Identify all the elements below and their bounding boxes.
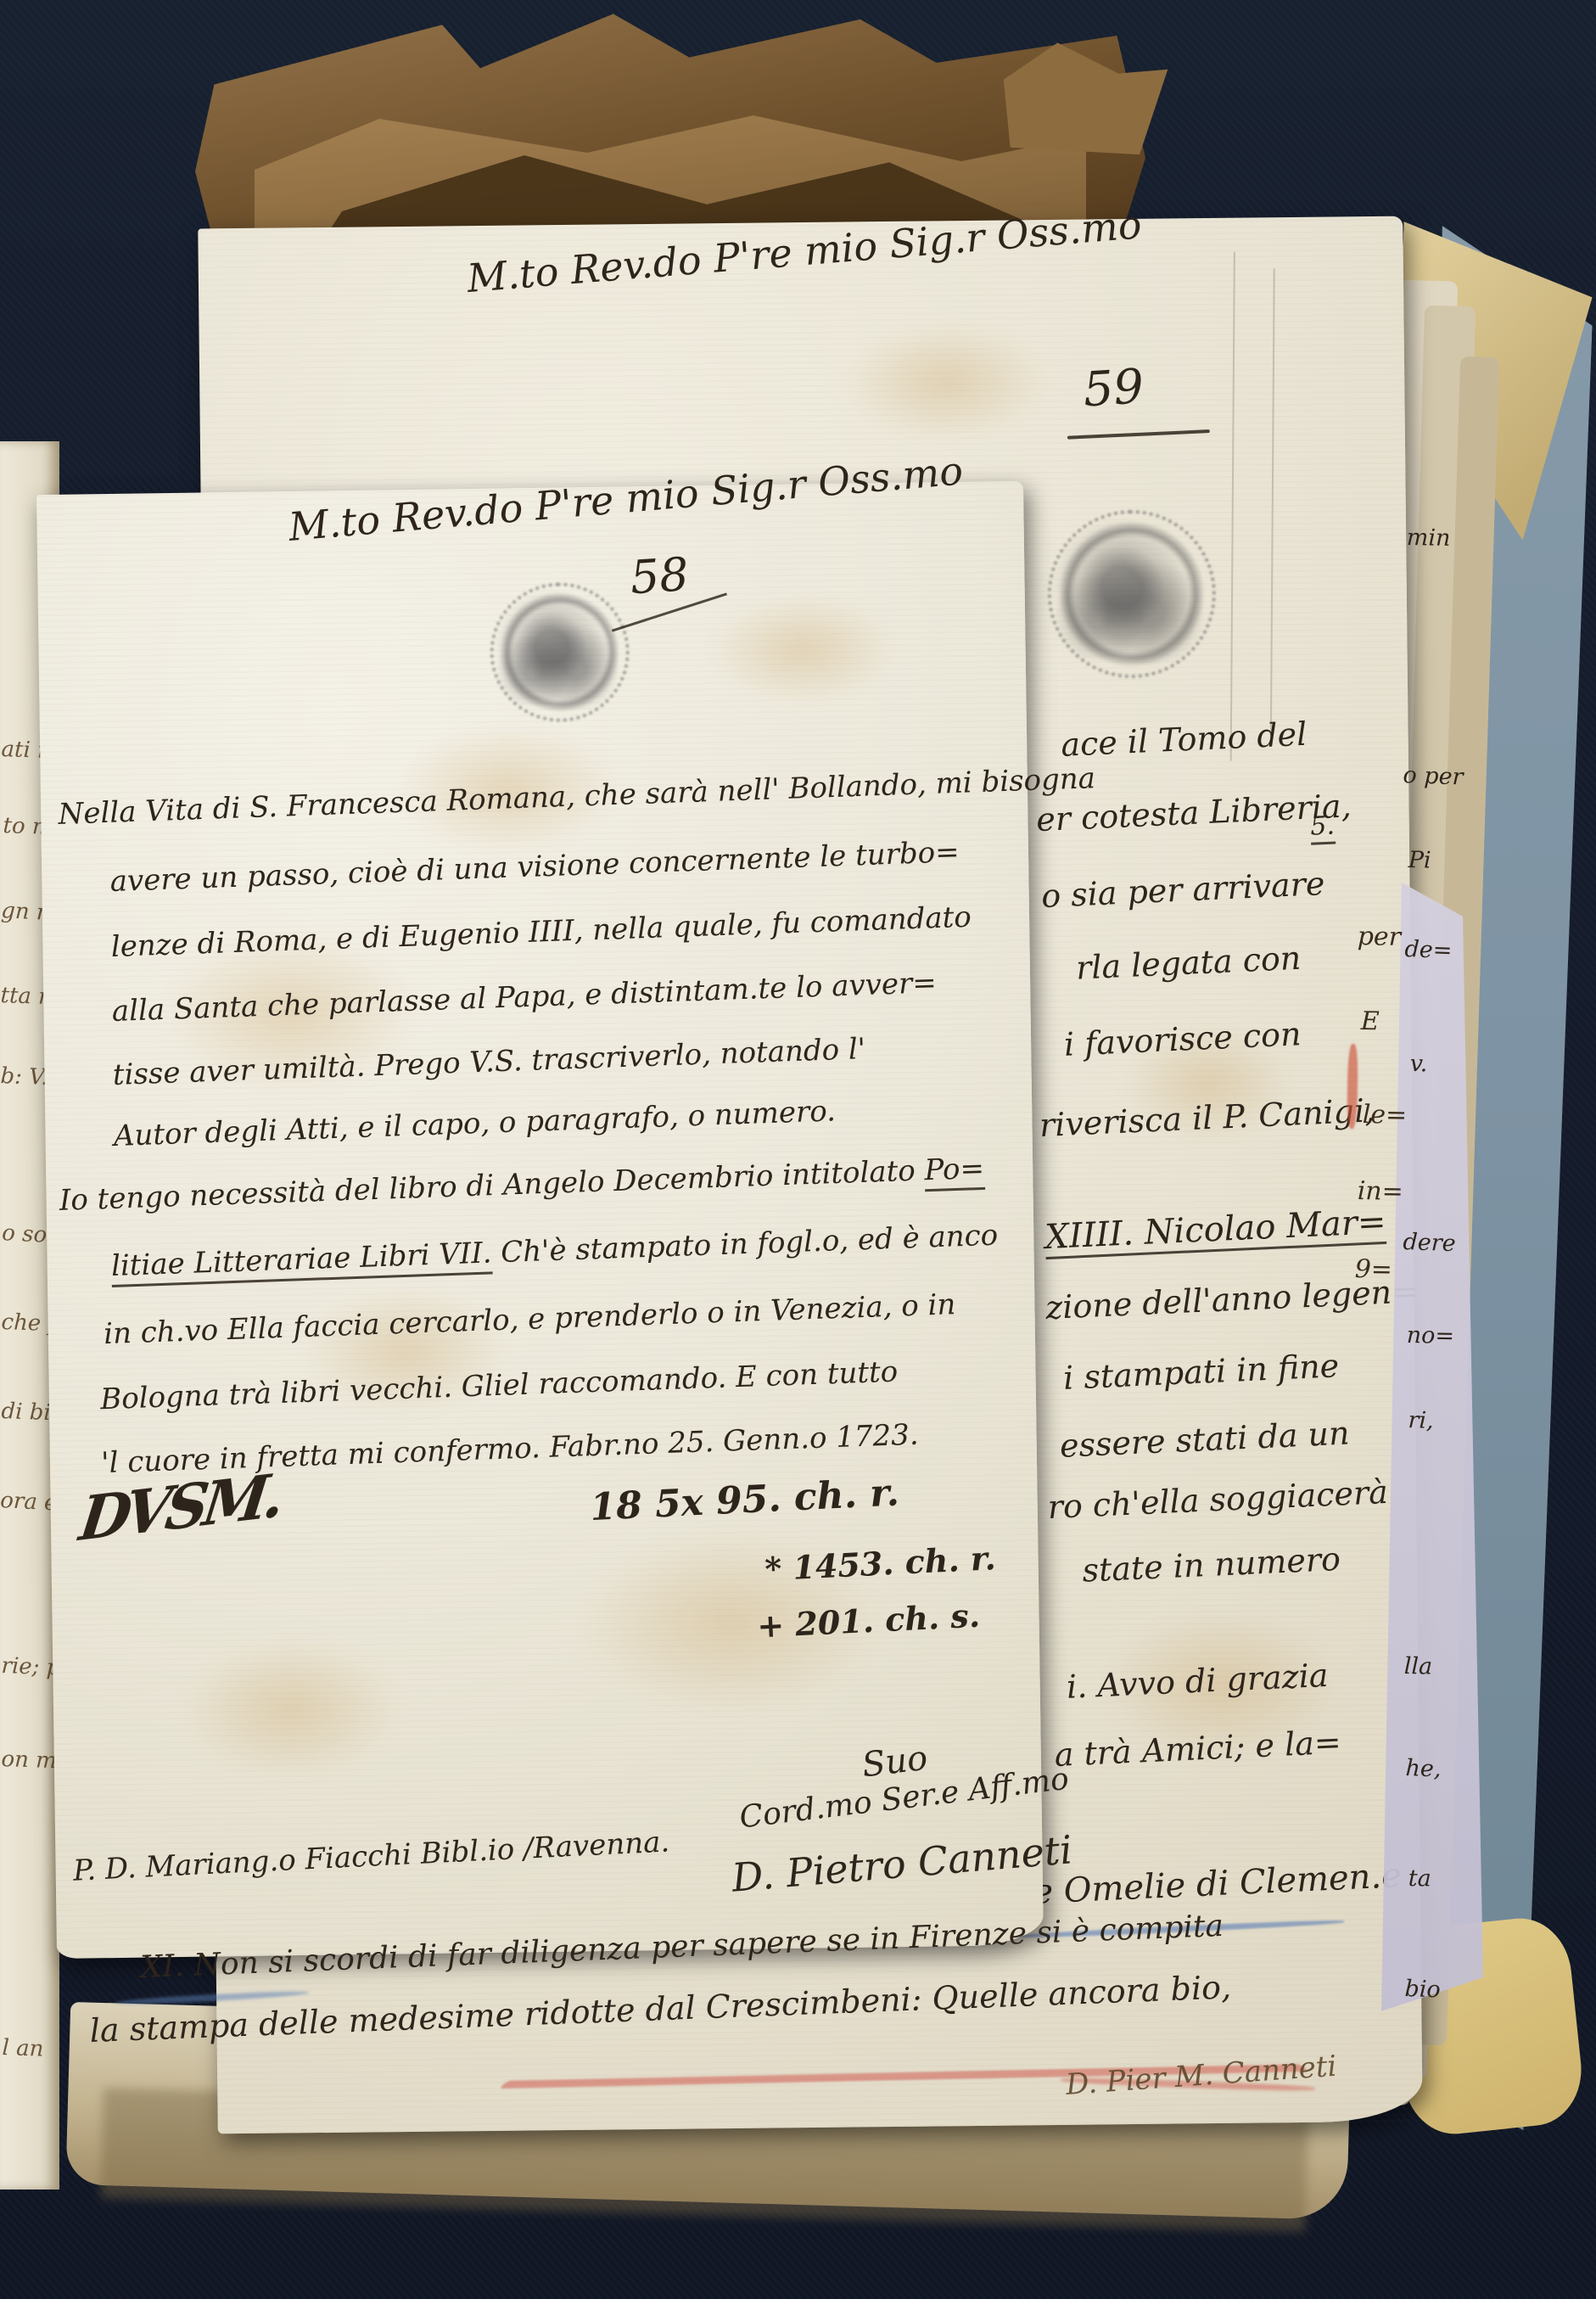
handwriting-fragment: rla legata con	[1075, 942, 1302, 986]
closing-line: Suo	[860, 1741, 930, 1784]
handwriting-fragment: le=	[1362, 1102, 1407, 1129]
handwriting-fragment: XIIII. Nicolao Mar=	[1044, 1204, 1387, 1259]
handwriting-fragment: v.	[1410, 1052, 1428, 1077]
page-number: 59	[1082, 362, 1145, 416]
handwriting-fragment: min	[1407, 526, 1451, 551]
handwriting-fragment: i stampati in fine	[1062, 1349, 1340, 1396]
handwriting-fragment: ace il Tomo del	[1061, 718, 1308, 763]
page-number: 58	[629, 551, 690, 603]
crease-line	[1270, 268, 1275, 743]
shelf-number-line: 18 5x 95. ch. r.	[589, 1473, 899, 1528]
underlined-catchword: Po=	[924, 1152, 985, 1192]
handwriting-fragment: l an	[2, 2037, 44, 2061]
marginal-number: 5.	[1310, 813, 1336, 845]
signature-line: D. Pietro Canneti	[731, 1829, 1074, 1898]
handwriting-fragment: a trà Amici; e la=	[1054, 1726, 1342, 1773]
letter-body-line: Autor degli Atti, e il capo, o paragrafo…	[113, 1096, 836, 1152]
handwriting-fragment: he,	[1405, 1757, 1442, 1782]
handwriting-fragment: no=	[1407, 1324, 1455, 1349]
crease-line	[1230, 252, 1235, 761]
handwriting-fragment: rie; p	[1, 1655, 59, 1680]
handwriting-fragment: 9=	[1354, 1256, 1392, 1283]
handwriting-fragment: bio	[1404, 1977, 1441, 2003]
handwriting-fragment: ta	[1408, 1867, 1431, 1892]
handwriting-fragment: per	[1357, 923, 1401, 950]
handwriting-fragment: on mi	[1, 1748, 59, 1774]
handwriting-fragment: E	[1360, 1008, 1379, 1035]
library-stamp	[1047, 509, 1217, 679]
archive-photo: ati nelle to mas gn m tta man b: V.S. si…	[0, 0, 1596, 2299]
letter-body-text: Io tengo necessità del libro di Angelo D…	[59, 1153, 925, 1218]
letter-body-line: litiae Litterariae Libri VII. Ch'è stamp…	[110, 1221, 998, 1282]
shelf-number-line: * 1453. ch. r.	[764, 1541, 996, 1586]
page-number-underline	[1067, 429, 1210, 440]
handwriting-fragment: riverisca il P. Canigi,	[1039, 1094, 1375, 1143]
handwriting-fragment: o per	[1403, 764, 1464, 790]
handwriting-fragment: er cotesta Libreria,	[1035, 789, 1352, 838]
stain	[180, 1635, 402, 1783]
underlined-title: litiae Litterariae Libri VII.	[110, 1236, 492, 1287]
letter-body-text: Ch'è stampato in fogl.o, ed è anco	[491, 1219, 999, 1270]
handwriting-fragment: de=	[1404, 938, 1453, 963]
handwriting-fragment: lla	[1404, 1655, 1433, 1679]
library-stamp	[490, 581, 630, 722]
right-edge-fragments: min o per Pi de= v. dere no= ri, lla he,…	[1402, 441, 1480, 2105]
handwriting-fragment: Pi	[1408, 849, 1431, 873]
letter-body-line: in ch.vo Ella faccia cercarlo, e prender…	[104, 1290, 956, 1350]
address-line: P. D. Mariang.o Fiacchi Bibl.io /Ravenna…	[72, 1827, 670, 1887]
paper-sheet-58: M.to Rev.do P're mio Sig.r Oss.mo 58 Nel…	[36, 481, 1044, 1959]
handwriting-fragment: dere	[1403, 1231, 1456, 1256]
handwriting-fragment: ro ch'ella soggiacerà	[1047, 1476, 1389, 1525]
letter-body-line: Io tengo necessità del libro di Angelo D…	[59, 1154, 984, 1217]
letter-body-line: lenze di Roma, e di Eugenio IIII, nella …	[110, 903, 972, 963]
shelf-number-line: + 201. ch. s.	[756, 1599, 980, 1644]
stain	[708, 593, 897, 706]
handwriting-fragment: ri,	[1408, 1409, 1434, 1433]
handwriting-fragment: state in numero	[1082, 1543, 1341, 1589]
handwriting-fragment: essere stati da un	[1059, 1416, 1350, 1463]
handwriting-fragment: in=	[1357, 1178, 1403, 1205]
handwriting-fragment: le Omelie di Clemen.e	[1022, 1858, 1403, 1910]
handwriting-fragment: o sia per arrivare	[1040, 867, 1325, 914]
stain	[843, 322, 1048, 443]
